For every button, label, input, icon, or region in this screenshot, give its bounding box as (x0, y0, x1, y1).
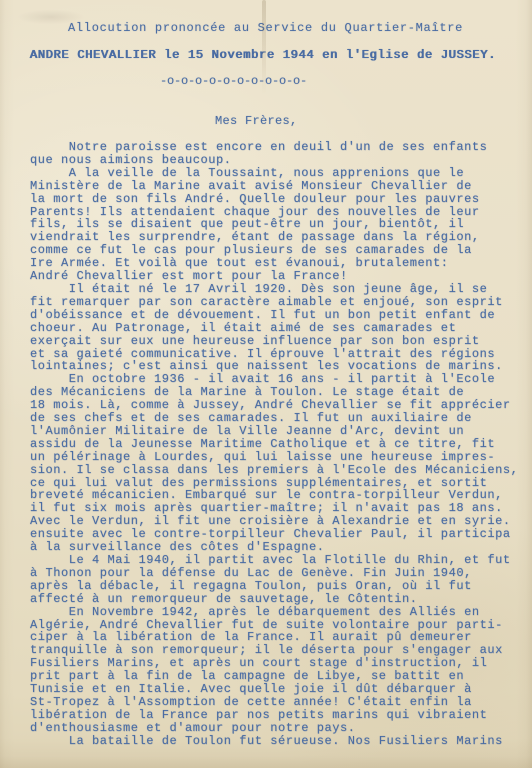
salutation: Mes Frères, (215, 115, 532, 128)
paper-stain (6, 4, 96, 30)
document-title-line1: Allocution prononcée au Service du Quart… (68, 22, 532, 35)
document-body: Notre paroisse est encore en deuil d'un … (30, 141, 532, 748)
document-title-line2: ANDRE CHEVALLIER le 15 Novembre 1944 en … (30, 49, 532, 62)
ornament-separator: -o-o-o-o-o-o-o-o-o-o- (160, 75, 532, 88)
document-page: Allocution prononcée au Service du Quart… (0, 0, 532, 768)
paper-fold-crease (262, 0, 266, 95)
